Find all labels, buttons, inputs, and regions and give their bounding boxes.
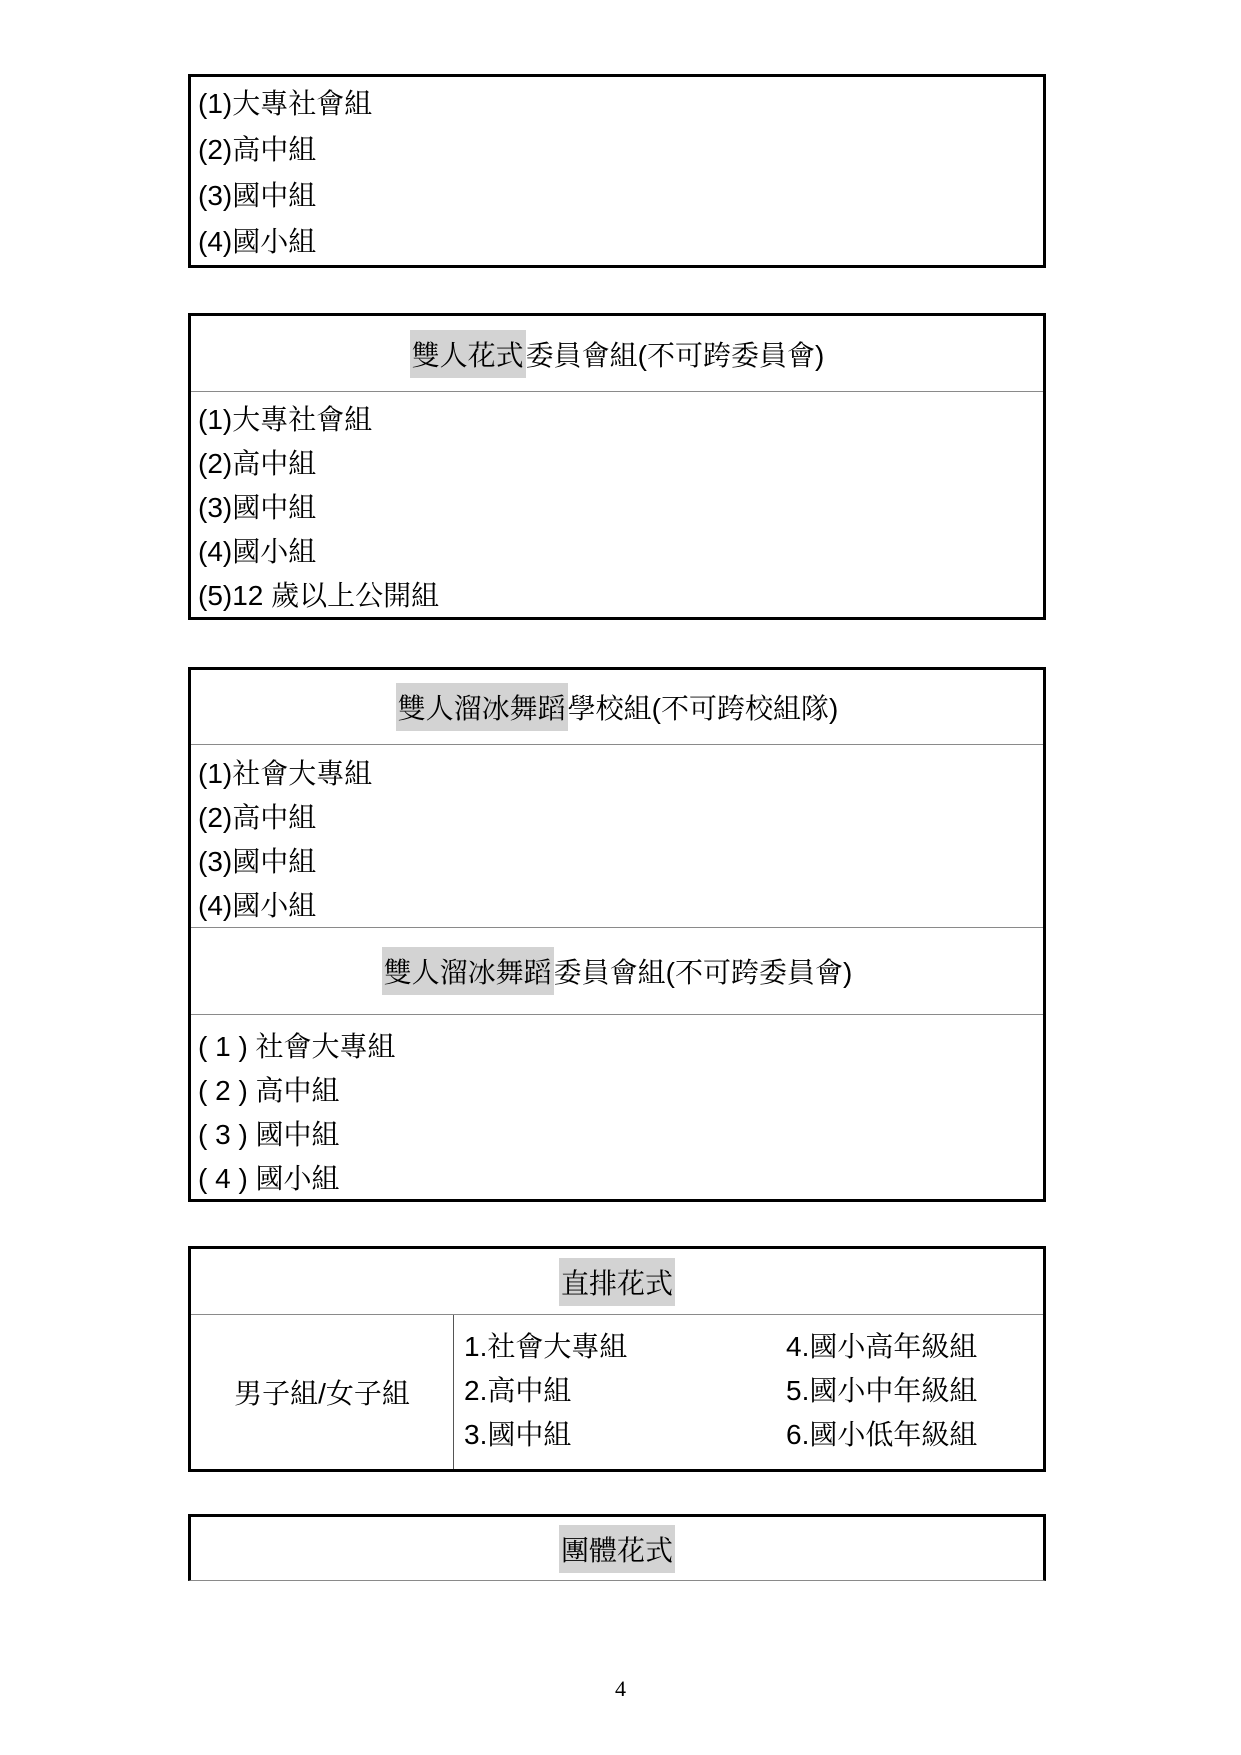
page-number: 4 bbox=[0, 1676, 1241, 1702]
list-item: (1)社會大專組 bbox=[191, 750, 1043, 794]
list-item: 3.國中組 bbox=[464, 1411, 786, 1455]
table-header: 團體花式 bbox=[191, 1517, 1043, 1580]
list-item: ( 2 ) 高中組 bbox=[191, 1067, 1043, 1111]
highlighted-title-text: 直排花式 bbox=[559, 1258, 675, 1306]
list-item: 5.國小中年級組 bbox=[786, 1367, 977, 1411]
pairs-dance-table: 雙人溜冰舞蹈學校組(不可跨校組隊) (1)社會大專組 (2)高中組 (3)國中組… bbox=[188, 667, 1046, 1202]
list-item: 2.高中組 bbox=[464, 1367, 786, 1411]
category-list: (1)大專社會組 (2)高中組 (3)國中組 (4)國小組 bbox=[191, 77, 1043, 263]
list-item: (4)國小組 bbox=[191, 217, 1043, 263]
category-list: (1)大專社會組 (2)高中組 (3)國中組 (4)國小組 (5)12 歲以上公… bbox=[191, 392, 1043, 616]
category-list-committee: ( 1 ) 社會大專組 ( 2 ) 高中組 ( 3 ) 國中組 ( 4 ) 國小… bbox=[191, 1015, 1043, 1199]
highlighted-title-text: 雙人花式 bbox=[410, 330, 526, 378]
list-item: (1)大專社會組 bbox=[191, 396, 1043, 440]
table-header-committee: 雙人溜冰舞蹈委員會組(不可跨委員會) bbox=[191, 927, 1043, 1015]
table-row: 男子組/女子組 1.社會大專組 2.高中組 3.國中組 4.國小高年級組 5.國… bbox=[191, 1315, 1043, 1469]
list-item: (4)國小組 bbox=[191, 528, 1043, 572]
list-item: ( 3 ) 國中組 bbox=[191, 1111, 1043, 1155]
category-column-2: 4.國小高年級組 5.國小中年級組 6.國小低年級組 bbox=[786, 1323, 977, 1469]
highlighted-title-text: 雙人溜冰舞蹈 bbox=[382, 947, 554, 995]
list-item: (5)12 歲以上公開組 bbox=[191, 572, 1043, 616]
category-list-school: (1)社會大專組 (2)高中組 (3)國中組 (4)國小組 bbox=[191, 745, 1043, 927]
list-item: (2)高中組 bbox=[191, 125, 1043, 171]
list-item: ( 4 ) 國小組 bbox=[191, 1155, 1043, 1199]
group-figure-table: 團體花式 bbox=[188, 1514, 1046, 1581]
list-item: 6.國小低年級組 bbox=[786, 1411, 977, 1455]
categories-cell: 1.社會大專組 2.高中組 3.國中組 4.國小高年級組 5.國小中年級組 6.… bbox=[454, 1315, 1043, 1469]
list-item: 4.國小高年級組 bbox=[786, 1323, 977, 1367]
title-text: 學校組(不可跨校組隊) bbox=[568, 687, 839, 727]
list-item: (1)大專社會組 bbox=[191, 79, 1043, 125]
category-table-continuation: (1)大專社會組 (2)高中組 (3)國中組 (4)國小組 bbox=[188, 74, 1046, 268]
inline-figure-table: 直排花式 男子組/女子組 1.社會大專組 2.高中組 3.國中組 4.國小高年級… bbox=[188, 1246, 1046, 1472]
table-header: 直排花式 bbox=[191, 1249, 1043, 1315]
table-header: 雙人花式委員會組(不可跨委員會) bbox=[191, 316, 1043, 392]
row-label-cell: 男子組/女子組 bbox=[191, 1315, 454, 1469]
list-item: (3)國中組 bbox=[191, 171, 1043, 217]
table-header-school: 雙人溜冰舞蹈學校組(不可跨校組隊) bbox=[191, 670, 1043, 745]
list-item: (3)國中組 bbox=[191, 838, 1043, 882]
list-item: ( 1 ) 社會大專組 bbox=[191, 1023, 1043, 1067]
category-column-1: 1.社會大專組 2.高中組 3.國中組 bbox=[464, 1323, 786, 1469]
highlighted-title-text: 雙人溜冰舞蹈 bbox=[396, 683, 568, 731]
list-item: (2)高中組 bbox=[191, 440, 1043, 484]
list-item: (4)國小組 bbox=[191, 882, 1043, 926]
highlighted-title-text: 團體花式 bbox=[559, 1525, 675, 1573]
list-item: (3)國中組 bbox=[191, 484, 1043, 528]
list-item: 1.社會大專組 bbox=[464, 1323, 786, 1367]
title-text: 委員會組(不可跨委員會) bbox=[526, 334, 825, 374]
pairs-figure-committee-table: 雙人花式委員會組(不可跨委員會) (1)大專社會組 (2)高中組 (3)國中組 … bbox=[188, 313, 1046, 620]
list-item: (2)高中組 bbox=[191, 794, 1043, 838]
title-text: 委員會組(不可跨委員會) bbox=[554, 951, 853, 991]
